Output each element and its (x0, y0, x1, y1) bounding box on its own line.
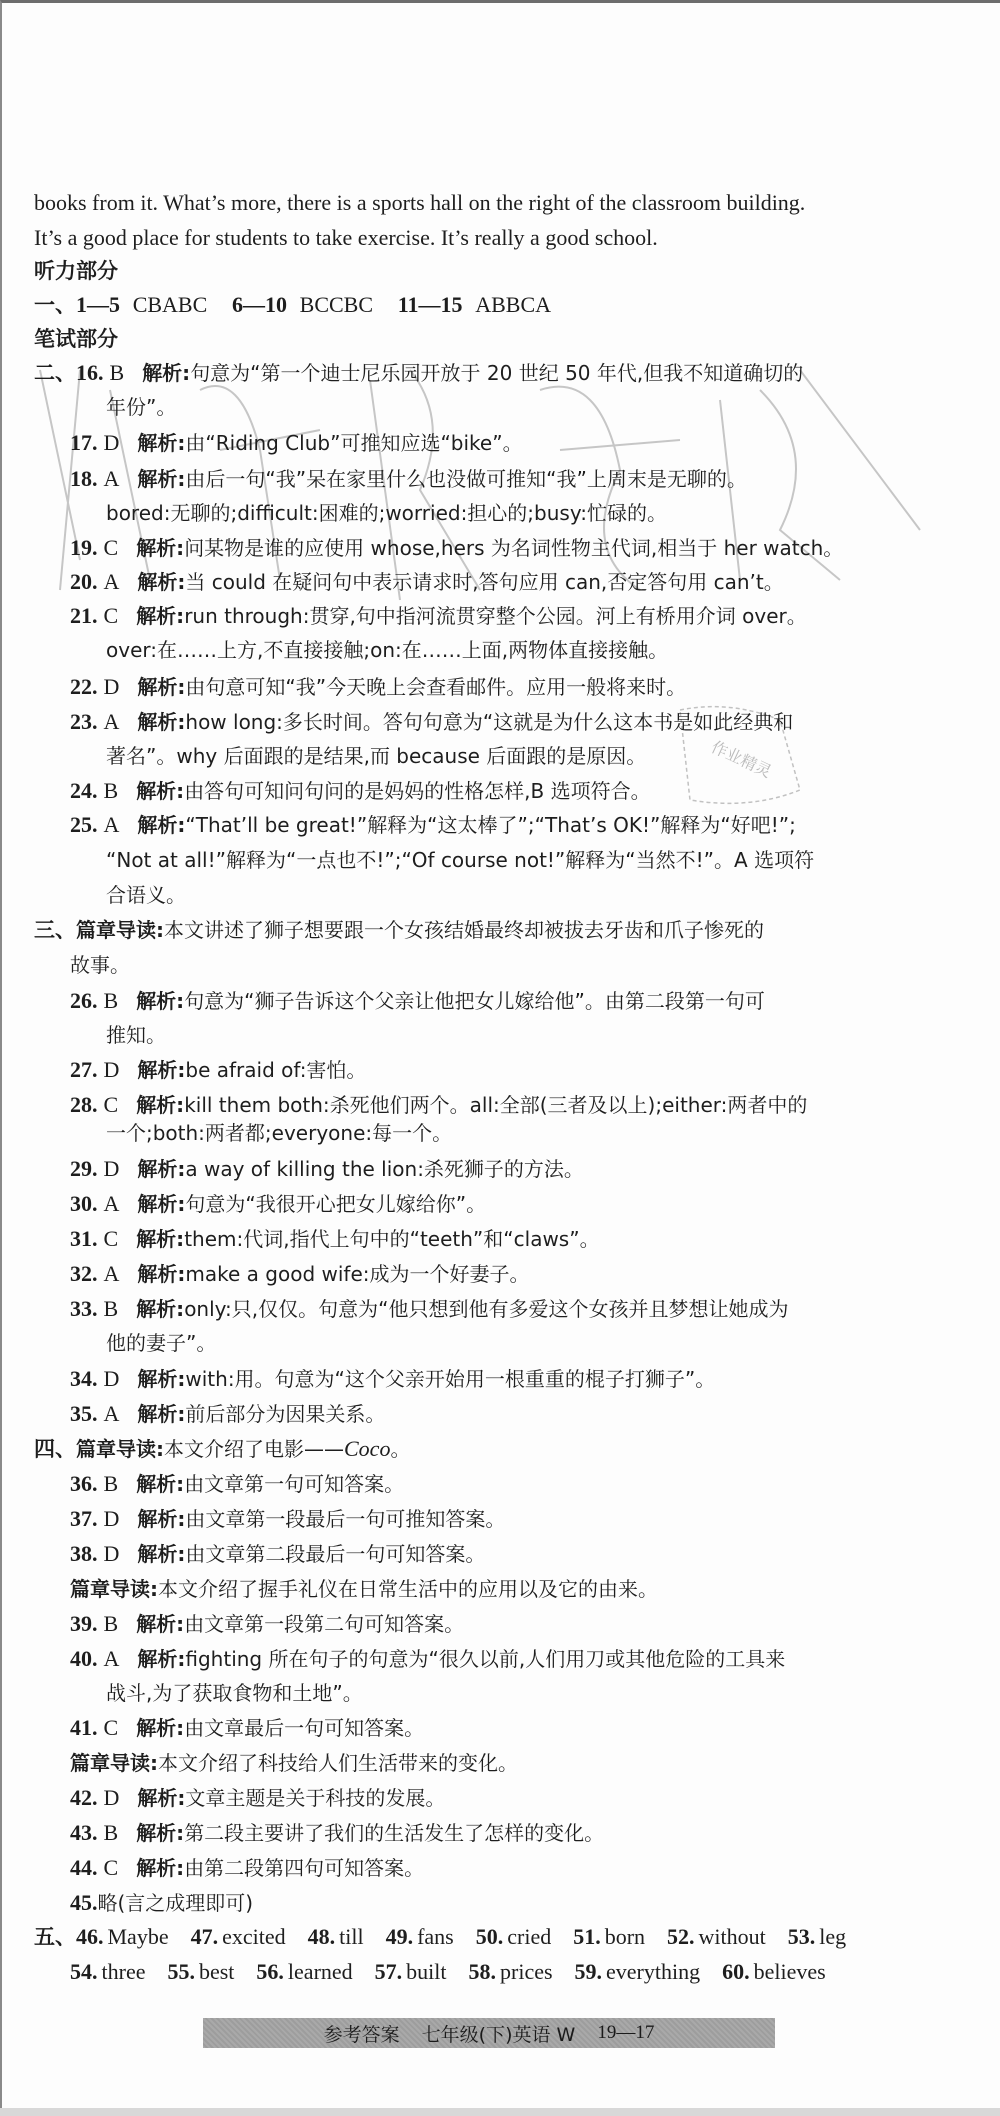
item-label: 解析: (136, 1716, 184, 1740)
item-number: 30. (70, 1191, 98, 1216)
section-guide: 四、篇章导读:本文介绍了电影——Coco。 (34, 1434, 410, 1464)
item-word: till (339, 1924, 363, 1949)
item-number: 52. (667, 1924, 695, 1949)
item-explanation: 由第二段第四句可知答案。 (184, 1856, 424, 1880)
item-number: 43. (70, 1820, 98, 1845)
item-label: 解析: (136, 1227, 184, 1251)
item-explanation-cont: 年份”。 (106, 392, 176, 422)
item-answer: D (104, 1506, 120, 1531)
item-answer: B (110, 360, 125, 385)
item-explanation: 由答句可知问句问的是妈妈的性格怎样,B 选项符合。 (184, 779, 650, 803)
item-word: Maybe (108, 1924, 169, 1949)
item-explanation: be afraid of:害怕。 (185, 1058, 366, 1082)
item-explanation: 第二段主要讲了我们的生活发生了怎样的变化。 (184, 1821, 604, 1845)
intro-line-1: books from it. What’s more, there is a s… (34, 188, 805, 218)
item-number: 47. (191, 1924, 219, 1949)
guide-text: 本文讲述了狮子想要跟一个女孩结婚最终却被拔去牙齿和爪子惨死的 (164, 918, 764, 942)
item-explanation: 句意为“我很开心把女儿嫁给你”。 (185, 1192, 486, 1216)
item-answer: A (104, 1191, 120, 1216)
item-answer: A (104, 569, 120, 594)
item-explanation: them:代词,指代上句中的“teeth”和“claws”。 (184, 1227, 599, 1251)
item-explanation-cont: “Not at all!”解释为“一点也不!”;“Of course not!”… (106, 845, 814, 875)
item-explanation: 由句意可知“我”今天晚上会查看邮件。应用一般将来时。 (185, 675, 686, 699)
item-explanation: 由文章第一句可知答案。 (184, 1472, 404, 1496)
item-explanation-cont: 一个;both:两者都;everyone:每一个。 (106, 1118, 452, 1148)
guide-text: 本文介绍了科技给人们生活带来的变化。 (158, 1751, 518, 1775)
item-answer: A (104, 812, 120, 837)
item-answer: D (104, 1541, 120, 1566)
item-answer: D (104, 1057, 120, 1082)
answer-key: BCCBC (300, 292, 373, 317)
item-number: 58. (469, 1959, 497, 1984)
answer-item: 35.A解析:前后部分为因果关系。 (70, 1399, 385, 1429)
movie-title: Coco (344, 1436, 390, 1461)
fill-blank-row-2: 54.three55.best56.learned57.built58.pric… (70, 1957, 848, 1987)
item-explanation: 问某物是谁的应使用 whose,hers 为名词性物主代词,相当于 her wa… (184, 536, 843, 560)
item-answer: A (104, 1401, 120, 1426)
section-label: 二、 (34, 361, 76, 385)
item-label: 解析: (137, 813, 185, 837)
item-answer: A (104, 1261, 120, 1286)
answer-item: 25.A解析:“That’ll be great!”解释为“这太棒了”;“Tha… (70, 810, 796, 840)
footer-bar: 参考答案 七年级(下)英语 W 19—17 (203, 2018, 775, 2048)
item-label: 解析: (137, 675, 185, 699)
guide-text-cont: 故事。 (70, 950, 130, 980)
item-answer: A (104, 466, 120, 491)
item-number: 18. (70, 466, 98, 491)
item-label: 解析: (136, 536, 184, 560)
item-label: 解析: (137, 1647, 185, 1671)
item-explanation: 由“Riding Club”可推知应选“bike”。 (185, 431, 522, 455)
answer-range: 1—5 (76, 292, 120, 317)
item-number: 42. (70, 1785, 98, 1810)
item-label: 解析: (137, 570, 185, 594)
item-explanation: 当 could 在疑问句中表示请求时,答句应用 can,否定答句用 can’t。 (185, 570, 783, 594)
item-answer: D (104, 1366, 120, 1391)
item-explanation-cont: 战斗,为了获取食物和土地”。 (106, 1678, 363, 1708)
answer-item: 22.D解析:由句意可知“我”今天晚上会查看邮件。应用一般将来时。 (70, 672, 686, 702)
answer-key: ABBCA (475, 292, 551, 317)
item-label: 解析: (137, 1192, 185, 1216)
item-answer: C (104, 1855, 119, 1880)
section-label: 三、 (34, 918, 76, 942)
item-answer: D (104, 1156, 120, 1181)
item-explanation: 略(言之成理即可) (98, 1891, 254, 1915)
answer-item: 33.B解析:only:只,仅仅。句意为“他只想到他有多爱这个女孩并且梦想让她成… (70, 1294, 789, 1324)
item-label: 解析: (136, 989, 184, 1013)
guide-text: 本文介绍了握手礼仪在日常生活中的应用以及它的由来。 (158, 1577, 658, 1601)
item-number: 35. (70, 1401, 98, 1426)
written-heading: 笔试部分 (34, 324, 118, 354)
item-explanation: a way of killing the lion:杀死狮子的方法。 (185, 1157, 584, 1181)
guide-label: 篇章导读: (70, 1751, 158, 1775)
item-explanation: 由文章第二段最后一句可知答案。 (185, 1542, 485, 1566)
item-answer: B (104, 988, 119, 1013)
answer-item: 28.C解析:kill them both:杀死他们两个。all:全部(三者及以… (70, 1090, 807, 1120)
item-answer: B (104, 1296, 119, 1321)
item-number: 33. (70, 1296, 98, 1321)
item-label: 解析: (136, 1472, 184, 1496)
item-answer: C (104, 1226, 119, 1251)
item-answer: B (104, 1471, 119, 1496)
item-label: 解析: (137, 1367, 185, 1391)
item-word: learned (288, 1959, 353, 1984)
item-number: 20. (70, 569, 98, 594)
item-number: 56. (256, 1959, 284, 1984)
item-number: 29. (70, 1156, 98, 1181)
item-label: 解析: (136, 1297, 184, 1321)
item-answer: C (104, 1715, 119, 1740)
section-label: 五、 (34, 1925, 76, 1949)
item-word: three (102, 1959, 146, 1984)
fill-blank-row-1: 五、46.Maybe47.excited48.till49.fans50.cri… (34, 1922, 868, 1952)
item-label: 解析: (136, 1856, 184, 1880)
item-number: 51. (573, 1924, 601, 1949)
item-label: 解析: (136, 604, 184, 628)
section-guide: 三、篇章导读:本文讲述了狮子想要跟一个女孩结婚最终却被拔去牙齿和爪子惨死的 (34, 915, 764, 945)
item-explanation: 前后部分为因果关系。 (185, 1402, 385, 1426)
item-number: 46. (76, 1924, 104, 1949)
answer-item: 23.A解析:how long:多长时间。答句句意为“这就是为什么这本书是如此经… (70, 707, 793, 737)
item-explanation: fighting 所在句子的句意为“很久以前,人们用刀或其他危险的工具来 (185, 1647, 785, 1671)
item-number: 44. (70, 1855, 98, 1880)
item-word: believes (754, 1959, 826, 1984)
item-label: 解析: (137, 1157, 185, 1181)
item-word: fans (417, 1924, 454, 1949)
item-answer: D (104, 430, 120, 455)
item-explanation-cont: bored:无聊的;difficult:困难的;worried:担心的;busy… (106, 498, 667, 528)
item-number: 21. (70, 603, 98, 628)
item-number: 31. (70, 1226, 98, 1251)
item-label: 解析: (137, 1262, 185, 1286)
answer-key: CBABC (133, 292, 208, 317)
item-explanation-cont: over:在……上方,不直接接触;on:在……上面,两物体直接接触。 (106, 635, 668, 665)
section-label: 四、 (34, 1437, 76, 1461)
listening-answers: 一、1—5 CBABC 6—10 BCCBC 11—15 ABBCA (34, 290, 569, 320)
item-explanation: how long:多长时间。答句句意为“这就是为什么这本书是如此经典和 (185, 710, 793, 734)
item-number: 48. (308, 1924, 336, 1949)
answer-item: 24.B解析:由答句可知问句问的是妈妈的性格怎样,B 选项符合。 (70, 776, 651, 806)
item-explanation-cont: 推知。 (106, 1020, 166, 1050)
item-explanation: kill them both:杀死他们两个。all:全部(三者及以上);eith… (184, 1093, 807, 1117)
item-number: 39. (70, 1611, 98, 1636)
item-explanation: make a good wife:成为一个好妻子。 (185, 1262, 529, 1286)
footer-subject: 七年级(下)英语 W (422, 2020, 576, 2047)
item-number: 28. (70, 1092, 98, 1117)
page-number: 19—17 (597, 2022, 654, 2044)
item-answer: D (104, 1785, 120, 1810)
item-answer: C (104, 535, 119, 560)
intro-line-2: It’s a good place for students to take e… (34, 223, 658, 253)
item-label: 解析: (137, 467, 185, 491)
item-label: 解析: (137, 1058, 185, 1082)
item-number: 26. (70, 988, 98, 1013)
item-number: 27. (70, 1057, 98, 1082)
item-number: 37. (70, 1506, 98, 1531)
answer-item: 32.A解析:make a good wife:成为一个好妻子。 (70, 1259, 530, 1289)
item-number: 38. (70, 1541, 98, 1566)
item-explanation: 文章主题是关于科技的发展。 (185, 1786, 445, 1810)
item-word: leg (819, 1924, 846, 1949)
item-number: 49. (386, 1924, 414, 1949)
answer-item: 二、16.B解析:句意为“第一个迪士尼乐园开放于 20 世纪 50 年代,但我不… (34, 358, 803, 388)
item-number: 23. (70, 709, 98, 734)
answer-item: 40.A解析:fighting 所在句子的句意为“很久以前,人们用刀或其他危险的… (70, 1644, 785, 1674)
item-answer: A (104, 1646, 120, 1671)
item-word: without (699, 1924, 766, 1949)
answer-item: 39.B解析:由文章第一段第二句可知答案。 (70, 1609, 464, 1639)
item-label: 解析: (142, 361, 190, 385)
item-answer: C (104, 603, 119, 628)
item-word: everything (606, 1959, 700, 1984)
item-number: 54. (70, 1959, 98, 1984)
item-explanation: 句意为“狮子告诉这个父亲让他把女儿嫁给他”。由第二段第一句可 (184, 989, 765, 1013)
item-number: 22. (70, 674, 98, 699)
item-number: 36. (70, 1471, 98, 1496)
item-number: 59. (575, 1959, 603, 1984)
answer-item: 31.C解析:them:代词,指代上句中的“teeth”和“claws”。 (70, 1224, 600, 1254)
item-answer: B (104, 1820, 119, 1845)
item-number: 57. (375, 1959, 403, 1984)
answer-item: 20.A解析:当 could 在疑问句中表示请求时,答句应用 can,否定答句用… (70, 567, 784, 597)
item-number: 50. (476, 1924, 504, 1949)
item-number: 40. (70, 1646, 98, 1671)
item-explanation: 由后一句“我”呆在家里什么也没做可推知“我”上周末是无聊的。 (185, 467, 746, 491)
item-label: 解析: (137, 1402, 185, 1426)
item-number: 53. (788, 1924, 816, 1949)
answer-item: 41.C解析:由文章最后一句可知答案。 (70, 1713, 424, 1743)
item-label: 解析: (136, 779, 184, 803)
answer-item: 36.B解析:由文章第一句可知答案。 (70, 1469, 404, 1499)
answer-item: 29.D解析:a way of killing the lion:杀死狮子的方法… (70, 1154, 584, 1184)
item-number: 24. (70, 778, 98, 803)
item-label: 解析: (137, 1507, 185, 1531)
guide-text: 本文介绍了电影—— (164, 1437, 344, 1461)
item-number: 19. (70, 535, 98, 560)
item-label: 解析: (136, 1093, 184, 1117)
answer-item: 18.A解析:由后一句“我”呆在家里什么也没做可推知“我”上周末是无聊的。 (70, 464, 747, 494)
item-explanation: 由文章第一段第二句可知答案。 (184, 1612, 464, 1636)
item-number: 55. (167, 1959, 195, 1984)
answer-range: 11—15 (398, 292, 463, 317)
item-word: best (199, 1959, 234, 1984)
listening-heading: 听力部分 (34, 256, 118, 286)
item-number: 32. (70, 1261, 98, 1286)
guide-label: 篇章导读: (70, 1577, 158, 1601)
item-answer: B (104, 778, 119, 803)
item-explanation: 由文章最后一句可知答案。 (184, 1716, 424, 1740)
item-word: born (605, 1924, 645, 1949)
item-number: 45. (70, 1890, 98, 1915)
item-label: 解析: (137, 1786, 185, 1810)
answer-item: 19.C解析:问某物是谁的应使用 whose,hers 为名词性物主代词,相当于… (70, 533, 843, 563)
item-answer: D (104, 674, 120, 699)
item-answer: A (104, 709, 120, 734)
answer-item: 43.B解析:第二段主要讲了我们的生活发生了怎样的变化。 (70, 1818, 604, 1848)
item-explanation: run through:贯穿,句中指河流贯穿整个公园。河上有桥用介词 over。 (184, 604, 807, 628)
section-label: 一、 (34, 293, 76, 317)
item-explanation-cont: 合语义。 (106, 880, 186, 910)
answer-item: 42.D解析:文章主题是关于科技的发展。 (70, 1783, 445, 1813)
answer-item: 45.略(言之成理即可) (70, 1888, 253, 1918)
item-word: prices (500, 1959, 553, 1984)
answer-item: 21.C解析:run through:贯穿,句中指河流贯穿整个公园。河上有桥用介… (70, 601, 807, 631)
item-answer: B (104, 1611, 119, 1636)
item-number: 16. (76, 360, 104, 385)
item-number: 41. (70, 1715, 98, 1740)
item-explanation: 句意为“第一个迪士尼乐园开放于 20 世纪 50 年代,但我不知道确切的 (190, 361, 803, 385)
item-word: built (406, 1959, 446, 1984)
item-number: 17. (70, 430, 98, 455)
answer-item: 17.D解析:由“Riding Club”可推知应选“bike”。 (70, 428, 523, 458)
item-label: 解析: (136, 1821, 184, 1845)
guide-label: 篇章导读: (76, 918, 164, 942)
answer-item: 44.C解析:由第二段第四句可知答案。 (70, 1853, 424, 1883)
item-number: 34. (70, 1366, 98, 1391)
answer-item: 34.D解析:with:用。句意为“这个父亲开始用一根重重的棍子打狮子”。 (70, 1364, 715, 1394)
item-answer: C (104, 1092, 119, 1117)
item-explanation: only:只,仅仅。句意为“他只想到他有多爱这个女孩并且梦想让她成为 (184, 1297, 788, 1321)
item-label: 解析: (137, 710, 185, 734)
section-guide: 篇章导读:本文介绍了科技给人们生活带来的变化。 (70, 1748, 518, 1778)
item-explanation: 由文章第一段最后一句可推知答案。 (185, 1507, 505, 1531)
section-guide: 篇章导读:本文介绍了握手礼仪在日常生活中的应用以及它的由来。 (70, 1574, 658, 1604)
answer-item: 26.B解析:句意为“狮子告诉这个父亲让他把女儿嫁给他”。由第二段第一句可 (70, 986, 765, 1016)
item-explanation: with:用。句意为“这个父亲开始用一根重重的棍子打狮子”。 (185, 1367, 715, 1391)
page-bottom-edge (0, 2108, 1000, 2116)
item-explanation-cont: 著名”。why 后面跟的是结果,而 because 后面跟的是原因。 (106, 741, 646, 771)
item-label: 解析: (136, 1612, 184, 1636)
item-label: 解析: (137, 1542, 185, 1566)
item-word: cried (507, 1924, 551, 1949)
item-word: excited (222, 1924, 286, 1949)
guide-text-end: 。 (390, 1437, 410, 1461)
guide-label: 篇章导读: (76, 1437, 164, 1461)
footer-title: 参考答案 (324, 2020, 400, 2047)
answer-item: 37.D解析:由文章第一段最后一句可推知答案。 (70, 1504, 505, 1534)
item-label: 解析: (137, 431, 185, 455)
item-number: 60. (722, 1959, 750, 1984)
answer-item: 38.D解析:由文章第二段最后一句可知答案。 (70, 1539, 485, 1569)
item-number: 25. (70, 812, 98, 837)
item-explanation-cont: 他的妻子”。 (106, 1328, 216, 1358)
item-explanation: “That’ll be great!”解释为“这太棒了”;“That’s OK!… (185, 813, 795, 837)
answer-item: 27.D解析:be afraid of:害怕。 (70, 1055, 366, 1085)
answer-range: 6—10 (232, 292, 287, 317)
answer-item: 30.A解析:句意为“我很开心把女儿嫁给你”。 (70, 1189, 486, 1219)
